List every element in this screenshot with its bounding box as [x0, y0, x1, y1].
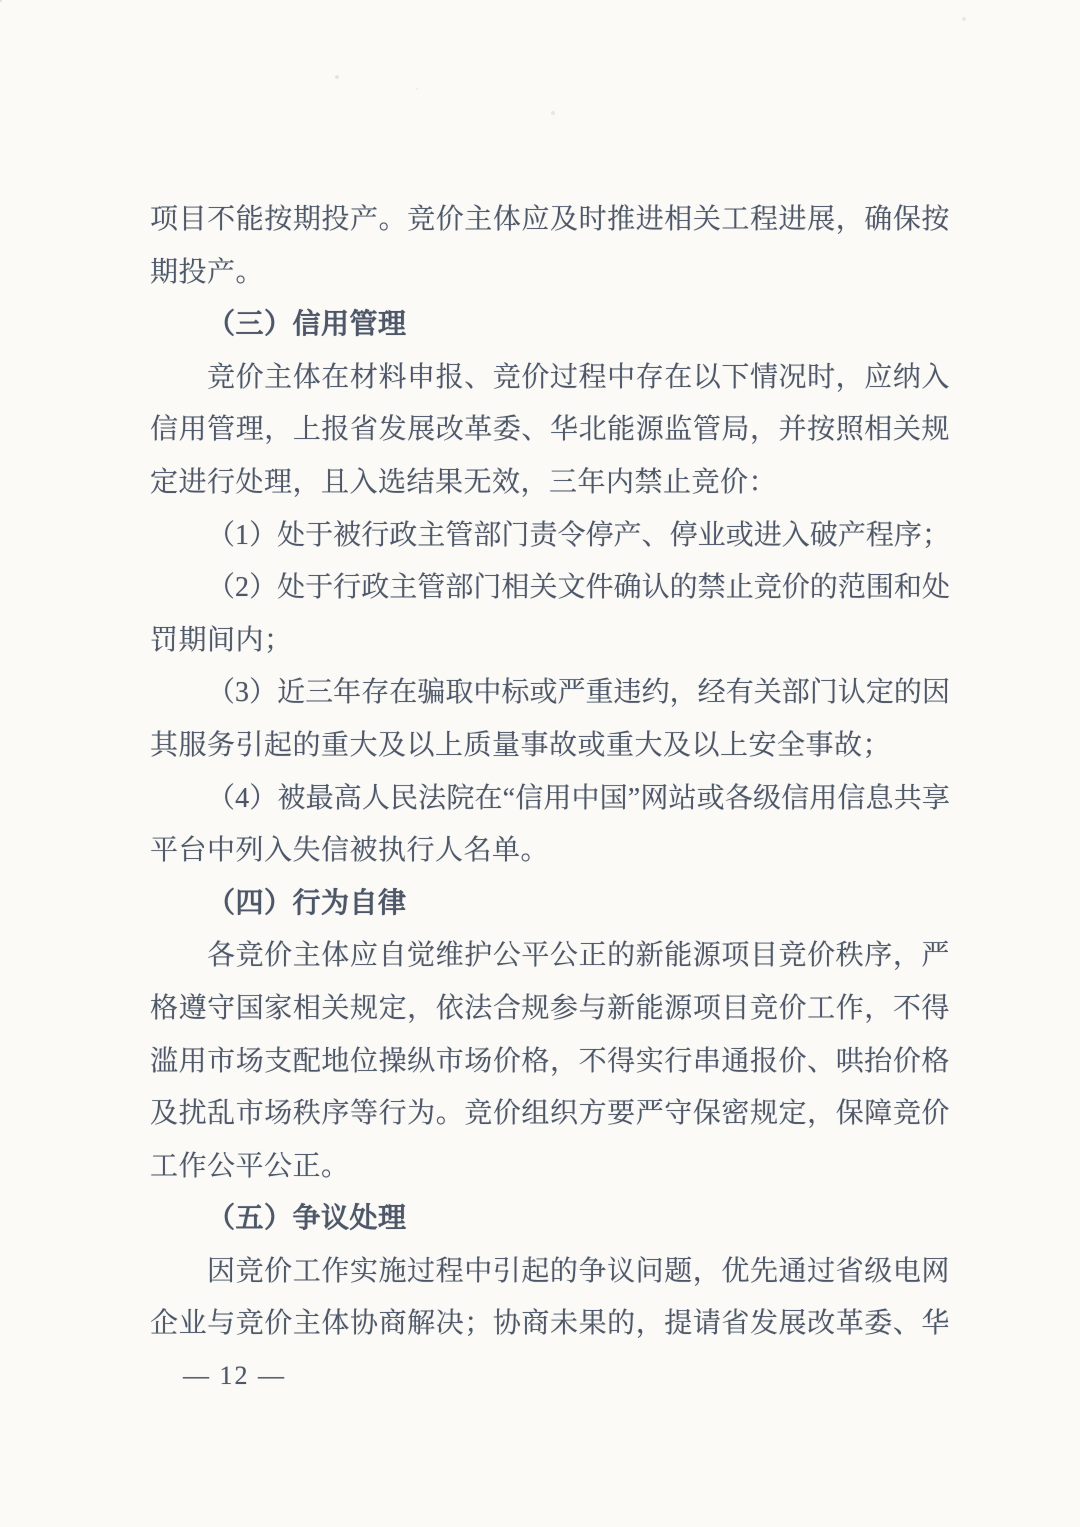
text-line: 其服务引起的重大及以上质量事故或重大及以上安全事故； — [150, 720, 950, 773]
section-heading: （五）争议处理 — [150, 1193, 950, 1246]
line-text: 罚期间内； — [150, 625, 293, 656]
line-text: 滥用市场支配地位操纵市场价格，不得实行串通报价、哄抬价格 — [150, 1046, 950, 1077]
text-line: （3）近三年存在骗取中标或严重违约，经有关部门认定的因 — [150, 667, 950, 720]
text-line: 期投产。 — [150, 247, 950, 300]
text-line: 信用管理，上报省发展改革委、华北能源监管局，并按照相关规 — [150, 404, 950, 457]
line-text: 工作公平公正。 — [150, 1151, 350, 1182]
line-text: （五）争议处理 — [207, 1203, 407, 1234]
line-text: 及扰乱市场秩序等行为。竞价组织方要严守保密规定，保障竞价 — [150, 1098, 950, 1129]
text-line: （1）处于被行政主管部门责令停产、停业或进入破产程序； — [150, 510, 950, 563]
line-text: 定进行处理，且入选结果无效，三年内禁止竞价： — [150, 467, 777, 498]
text-line: 及扰乱市场秩序等行为。竞价组织方要严守保密规定，保障竞价 — [150, 1088, 950, 1141]
line-text: 企业与竞价主体协商解决；协商未果的，提请省发展改革委、华 — [150, 1308, 950, 1339]
line-text: 项目不能按期投产。竞价主体应及时推进相关工程进展，确保按 — [150, 204, 950, 235]
text-line: 各竞价主体应自觉维护公平公正的新能源项目竞价秩序，严 — [150, 930, 950, 983]
page-number: — 12 — — [183, 1356, 286, 1396]
text-line: 罚期间内； — [150, 615, 950, 668]
line-text: 其服务引起的重大及以上质量事故或重大及以上安全事故； — [150, 730, 891, 761]
text-line: （2）处于行政主管部门相关文件确认的禁止竞价的范围和处 — [150, 562, 950, 615]
line-text: 平台中列入失信被执行人名单。 — [150, 835, 549, 866]
section-heading: （三）信用管理 — [150, 299, 950, 352]
section-heading: （四）行为自律 — [150, 878, 950, 931]
line-text: 竞价主体在材料申报、竞价过程中存在以下情况时，应纳入 — [207, 362, 950, 393]
line-text: （四）行为自律 — [207, 888, 407, 919]
text-line: 工作公平公正。 — [150, 1141, 950, 1194]
text-line: 滥用市场支配地位操纵市场价格，不得实行串通报价、哄抬价格 — [150, 1036, 950, 1089]
line-text: （1）处于被行政主管部门责令停产、停业或进入破产程序； — [207, 520, 950, 551]
line-text: 期投产。 — [150, 257, 264, 288]
line-text: 信用管理，上报省发展改革委、华北能源监管局，并按照相关规 — [150, 414, 950, 445]
line-text: 各竞价主体应自觉维护公平公正的新能源项目竞价秩序，严 — [207, 940, 950, 971]
line-text: 格遵守国家相关规定，依法合规参与新能源项目竞价工作，不得 — [150, 993, 950, 1024]
line-text: （2）处于行政主管部门相关文件确认的禁止竞价的范围和处 — [207, 572, 950, 603]
text-line: （4）被最高人民法院在“信用中国”网站或各级信用信息共享 — [150, 773, 950, 826]
text-line: 企业与竞价主体协商解决；协商未果的，提请省发展改革委、华 — [150, 1298, 950, 1351]
text-line: 平台中列入失信被执行人名单。 — [150, 825, 950, 878]
document-page: 项目不能按期投产。竞价主体应及时推进相关工程进展，确保按期投产。（三）信用管理竞… — [0, 0, 1080, 1527]
text-line: 因竞价工作实施过程中引起的争议问题，优先通过省级电网 — [150, 1246, 950, 1299]
text-block: 项目不能按期投产。竞价主体应及时推进相关工程进展，确保按期投产。（三）信用管理竞… — [150, 194, 950, 1351]
text-line: 项目不能按期投产。竞价主体应及时推进相关工程进展，确保按 — [150, 194, 950, 247]
line-text: 因竞价工作实施过程中引起的争议问题，优先通过省级电网 — [207, 1256, 950, 1287]
text-line: 定进行处理，且入选结果无效，三年内禁止竞价： — [150, 457, 950, 510]
text-line: 竞价主体在材料申报、竞价过程中存在以下情况时，应纳入 — [150, 352, 950, 405]
line-text: （三）信用管理 — [207, 309, 407, 340]
text-line: 格遵守国家相关规定，依法合规参与新能源项目竞价工作，不得 — [150, 983, 950, 1036]
line-text: （4）被最高人民法院在“信用中国”网站或各级信用信息共享 — [207, 783, 950, 814]
scan-speckles — [0, 0, 2, 2]
line-text: （3）近三年存在骗取中标或严重违约，经有关部门认定的因 — [207, 677, 950, 708]
